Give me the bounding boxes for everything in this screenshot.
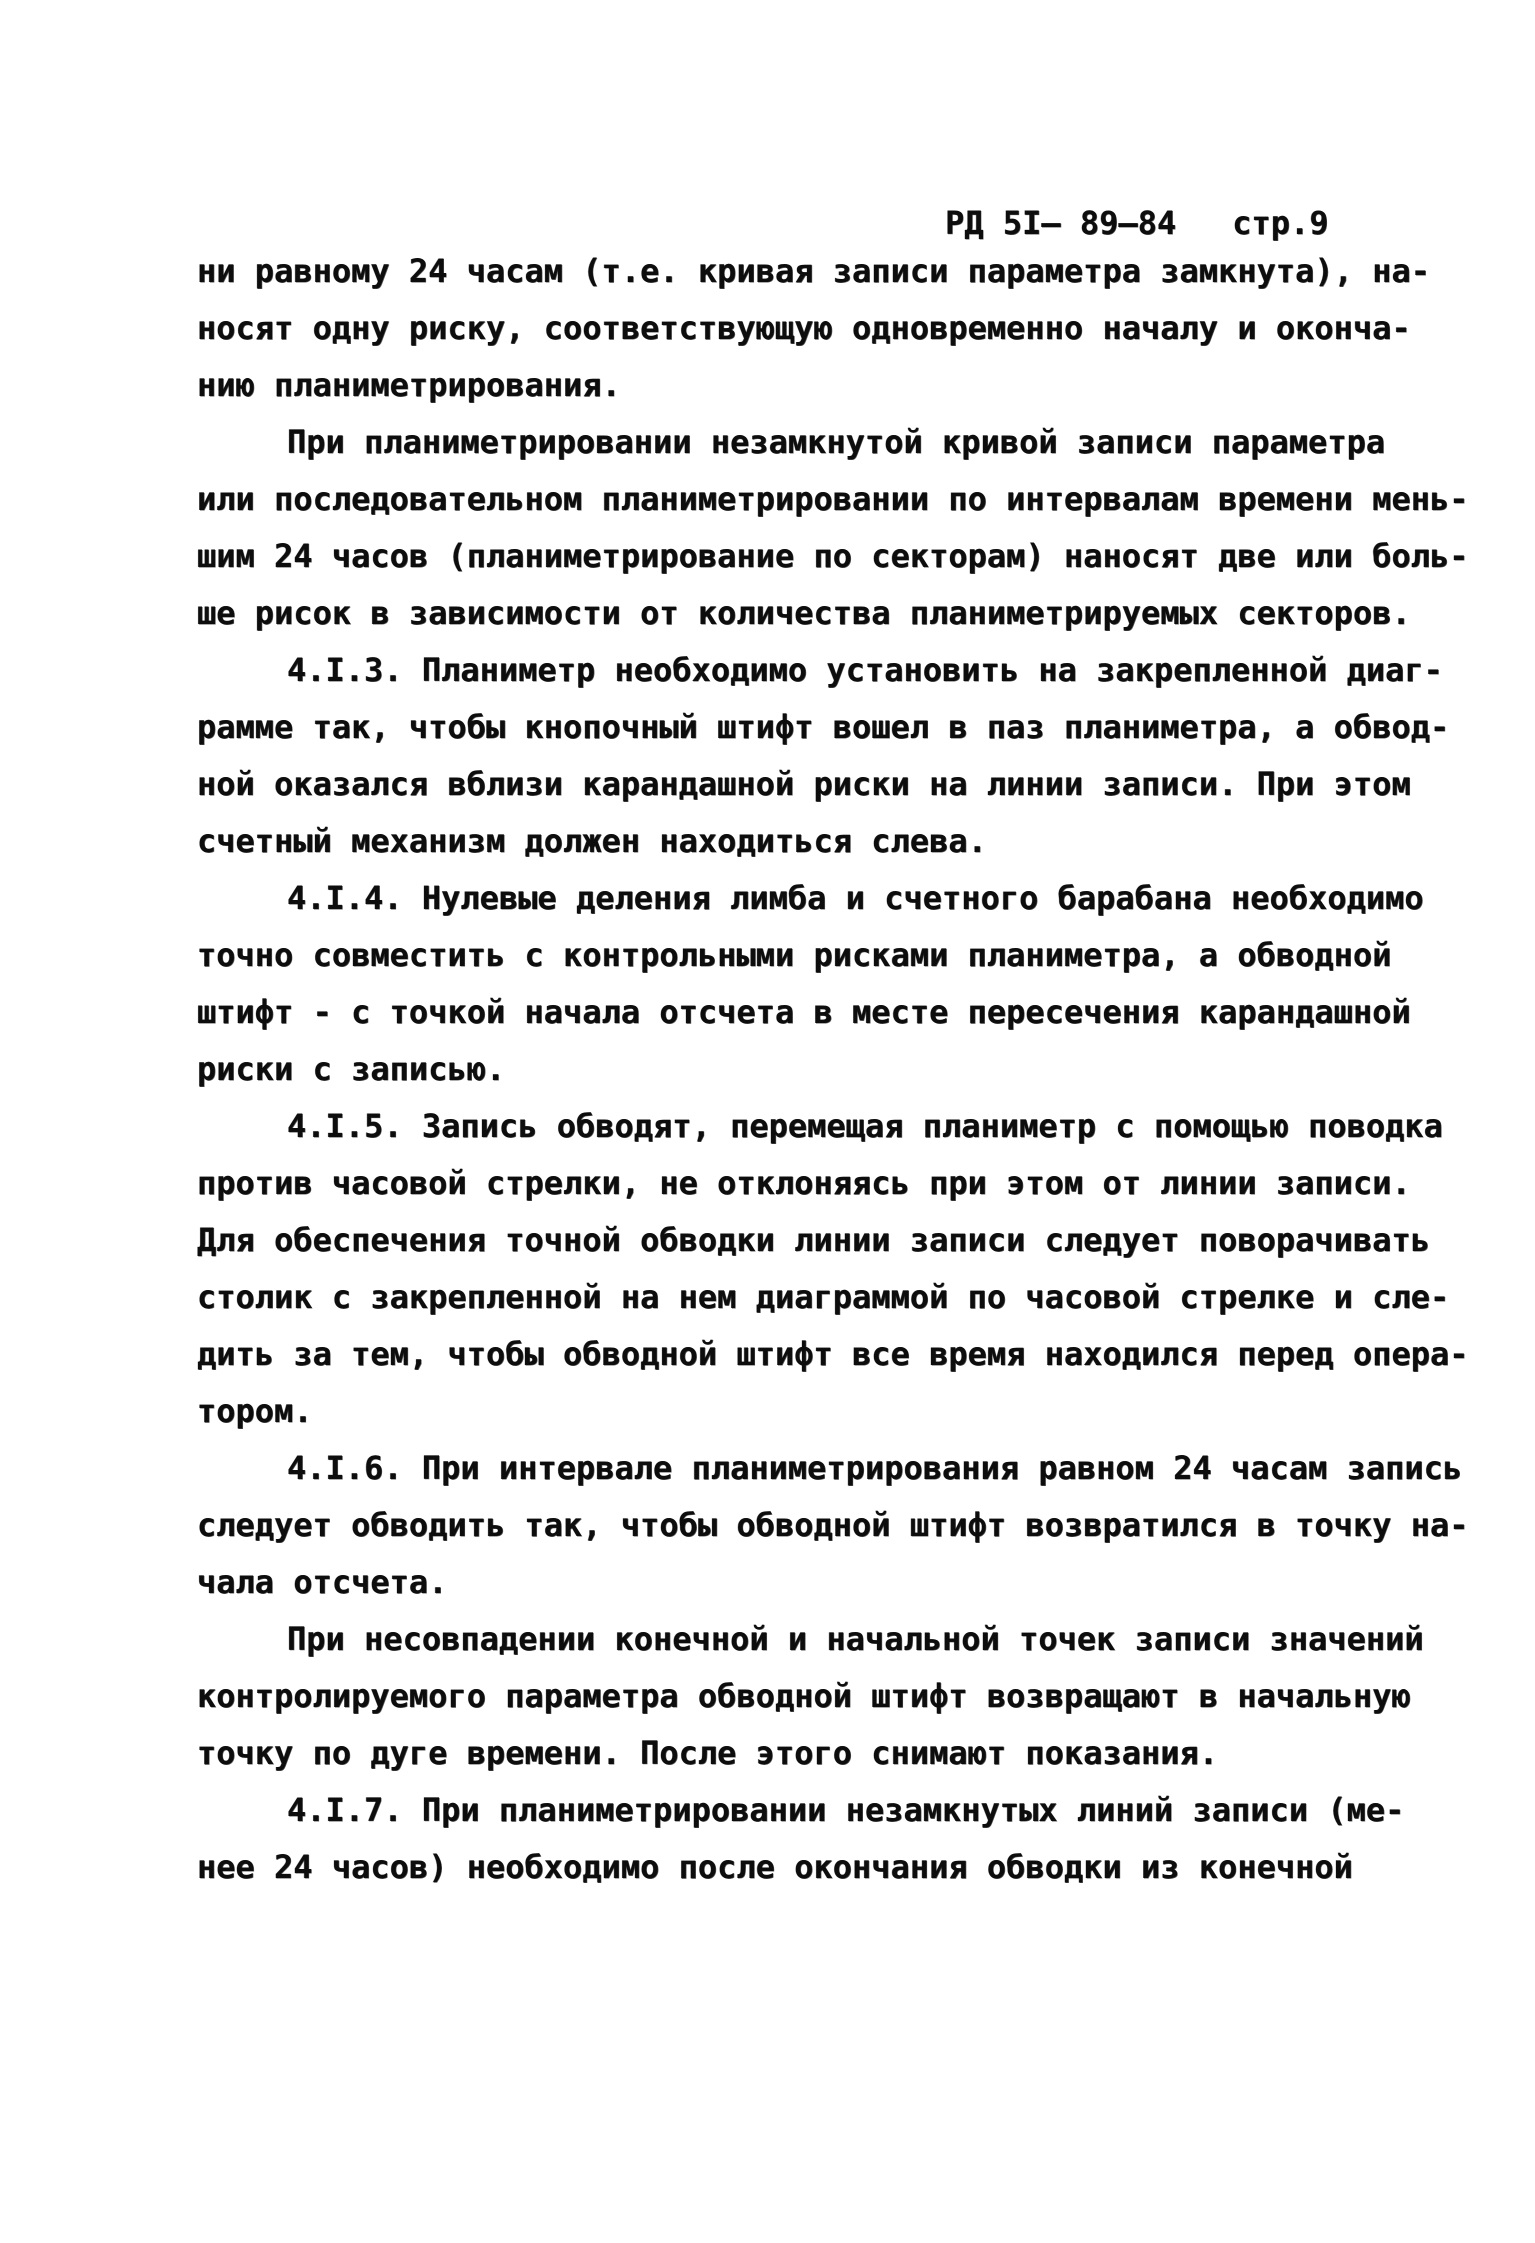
text-line: носят одну риску, соответствующую одновр… xyxy=(197,300,1477,357)
text-line: дить за тем, чтобы обводной штифт все вр… xyxy=(197,1326,1477,1383)
text-line: нию планиметрирования. xyxy=(197,357,1477,414)
text-line: риски с записью. xyxy=(197,1041,1477,1098)
text-line: ше рисок в зависимости от количества пла… xyxy=(197,585,1477,642)
text-line: ной оказался вблизи карандашной риски на… xyxy=(197,756,1477,813)
text-line: 4.I.5. Запись обводят, перемещая планиме… xyxy=(197,1098,1477,1155)
text-line: нее 24 часов) необходимо после окончания… xyxy=(197,1839,1477,1896)
text-line: столик с закрепленной на нем диаграммой … xyxy=(197,1269,1477,1326)
text-line: тором. xyxy=(197,1383,1477,1440)
text-line: рамме так, чтобы кнопочный штифт вошел в… xyxy=(197,699,1477,756)
text-line: шим 24 часов (планиметрирование по секто… xyxy=(197,528,1477,585)
document-body: ни равному 24 часам (т.е. кривая записи … xyxy=(197,243,1477,1896)
document-page: РД 5I— 89—84стр.9 ни равному 24 часам (т… xyxy=(0,0,1535,2243)
text-line: ни равному 24 часам (т.е. кривая записи … xyxy=(197,243,1477,300)
doc-number: РД 5I— 89—84 xyxy=(945,204,1176,242)
page-number: стр.9 xyxy=(1232,204,1328,242)
text-line: следует обводить так, чтобы обводной шти… xyxy=(197,1497,1477,1554)
text-line: или последовательном планиметрировании п… xyxy=(197,471,1477,528)
text-line: против часовой стрелки, не отклоняясь пр… xyxy=(197,1155,1477,1212)
text-line: 4.I.3. Планиметр необходимо установить н… xyxy=(197,642,1477,699)
text-line: 4.I.4. Нулевые деления лимба и счетного … xyxy=(197,870,1477,927)
text-line: чала отсчета. xyxy=(197,1554,1477,1611)
text-line: 4.I.6. При интервале планиметрирования р… xyxy=(197,1440,1477,1497)
text-line: Для обеспечения точной обводки линии зап… xyxy=(197,1212,1477,1269)
text-line: точку по дуге времени. После этого снима… xyxy=(197,1725,1477,1782)
text-line: контролируемого параметра обводной штифт… xyxy=(197,1668,1477,1725)
text-line: штифт - с точкой начала отсчета в месте … xyxy=(197,984,1477,1041)
text-line: При несовпадении конечной и начальной то… xyxy=(197,1611,1477,1668)
text-line: точно совместить с контрольными рисками … xyxy=(197,927,1477,984)
text-line: При планиметрировании незамкнутой кривой… xyxy=(197,414,1477,471)
text-line: 4.I.7. При планиметрировании незамкнутых… xyxy=(197,1782,1477,1839)
text-line: счетный механизм должен находиться слева… xyxy=(197,813,1477,870)
